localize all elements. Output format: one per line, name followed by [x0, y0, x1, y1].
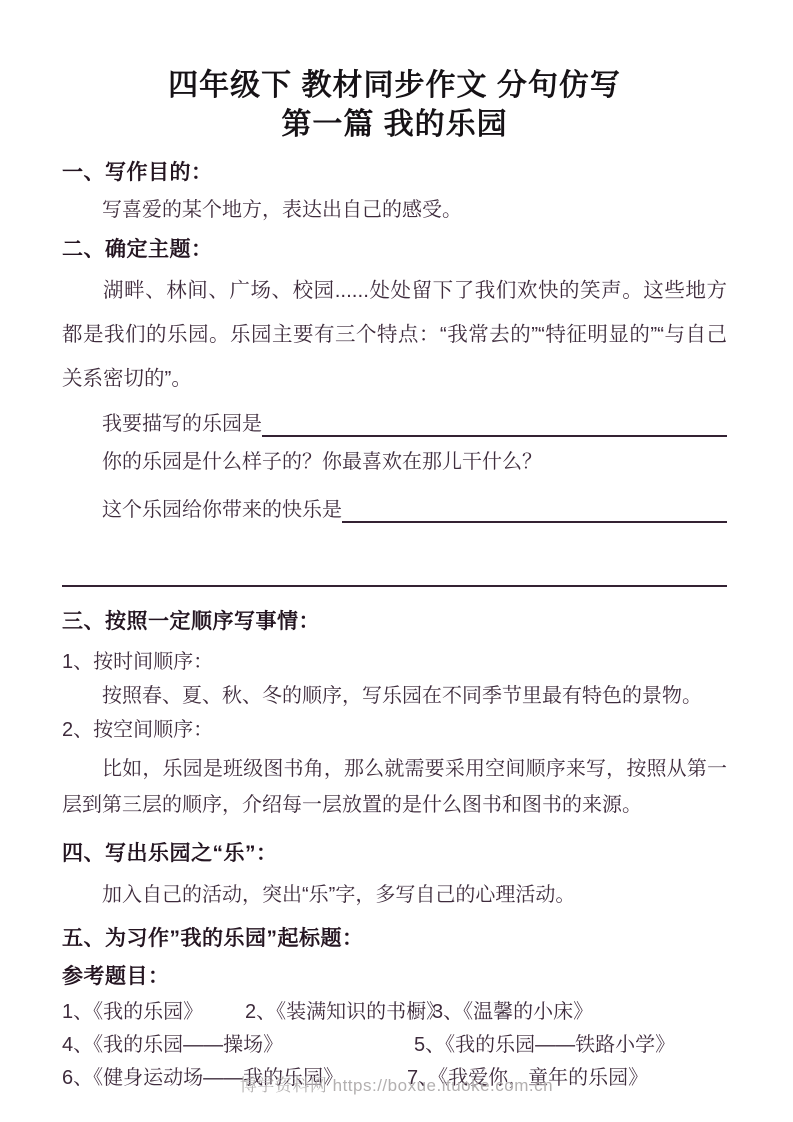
reference-titles-row-1: 1、《我的乐园》 2、《装满知识的书橱》 3、《温馨的小床》: [62, 996, 727, 1029]
fill-row-1: 我要描写的乐园是: [62, 405, 727, 443]
section5-heading: 五、为习作”我的乐园”起标题：: [62, 924, 727, 954]
section3-item2-title: 2、按空间顺序：: [62, 713, 727, 747]
section2-heading: 二、确定主题：: [62, 235, 727, 265]
footer-watermark: 博学资料网 https://boxue.ituoke.com.cn: [0, 1071, 793, 1096]
section4-body: 加入自己的活动，突出“乐”字，多写自己的心理活动。: [62, 879, 727, 912]
fill-line1-label: 我要描写的乐园是: [102, 405, 262, 443]
section3-heading: 三、按照一定顺序写事情：: [62, 607, 727, 637]
reference-title-1: 1、《我的乐园》: [62, 996, 245, 1029]
reference-titles-heading: 参考题目：: [62, 962, 727, 992]
fill-row-2: 这个乐园给你带来的快乐是: [62, 491, 727, 529]
worksheet-page: 四年级下 教材同步作文 分句仿写 第一篇 我的乐园 一、写作目的： 写喜爱的某个…: [0, 0, 793, 1122]
section3-item1-body: 按照春、夏、秋、冬的顺序，写乐园在不同季节里最有特色的景物。: [62, 679, 727, 713]
reference-title-3: 3、《温馨的小床》: [432, 996, 593, 1029]
page-title: 四年级下 教材同步作文 分句仿写 第一篇 我的乐园: [62, 66, 727, 144]
question-text: 你的乐园是什么样子的？你最喜欢在那儿干什么？: [102, 443, 542, 481]
section2-paragraph: 湖畔、林间、广场、校园......处处留下了我们欢快的笑声。这些地方都是我们的乐…: [62, 269, 727, 401]
section3-item2-body: 比如，乐园是班级图书角，那么就需要采用空间顺序来写，按照从第一层到第三层的顺序，…: [62, 751, 727, 823]
page-title-line1: 四年级下 教材同步作文 分句仿写: [62, 66, 727, 105]
page-title-line2: 第一篇 我的乐园: [62, 105, 727, 144]
section4-heading: 四、写出乐园之“乐”：: [62, 839, 727, 869]
fill-in-line-1: [262, 435, 727, 437]
fill-in-line-2: [342, 521, 727, 523]
blank-writing-line: [62, 529, 727, 587]
reference-title-4: 4、《我的乐园——操场》: [62, 1029, 414, 1062]
section3-item1-title: 1、按时间顺序：: [62, 645, 727, 679]
section1-heading: 一、写作目的：: [62, 158, 727, 188]
question-line: 你的乐园是什么样子的？你最喜欢在那儿干什么？: [62, 443, 727, 481]
page-content: 四年级下 教材同步作文 分句仿写 第一篇 我的乐园 一、写作目的： 写喜爱的某个…: [0, 0, 793, 1095]
fill-line2-label: 这个乐园给你带来的快乐是: [102, 491, 342, 529]
reference-title-2: 2、《装满知识的书橱》: [245, 996, 432, 1029]
reference-title-5: 5、《我的乐园——铁路小学》: [414, 1029, 675, 1062]
reference-titles-row-2: 4、《我的乐园——操场》 5、《我的乐园——铁路小学》: [62, 1029, 727, 1062]
section1-body: 写喜爱的某个地方，表达出自己的感受。: [62, 194, 727, 227]
